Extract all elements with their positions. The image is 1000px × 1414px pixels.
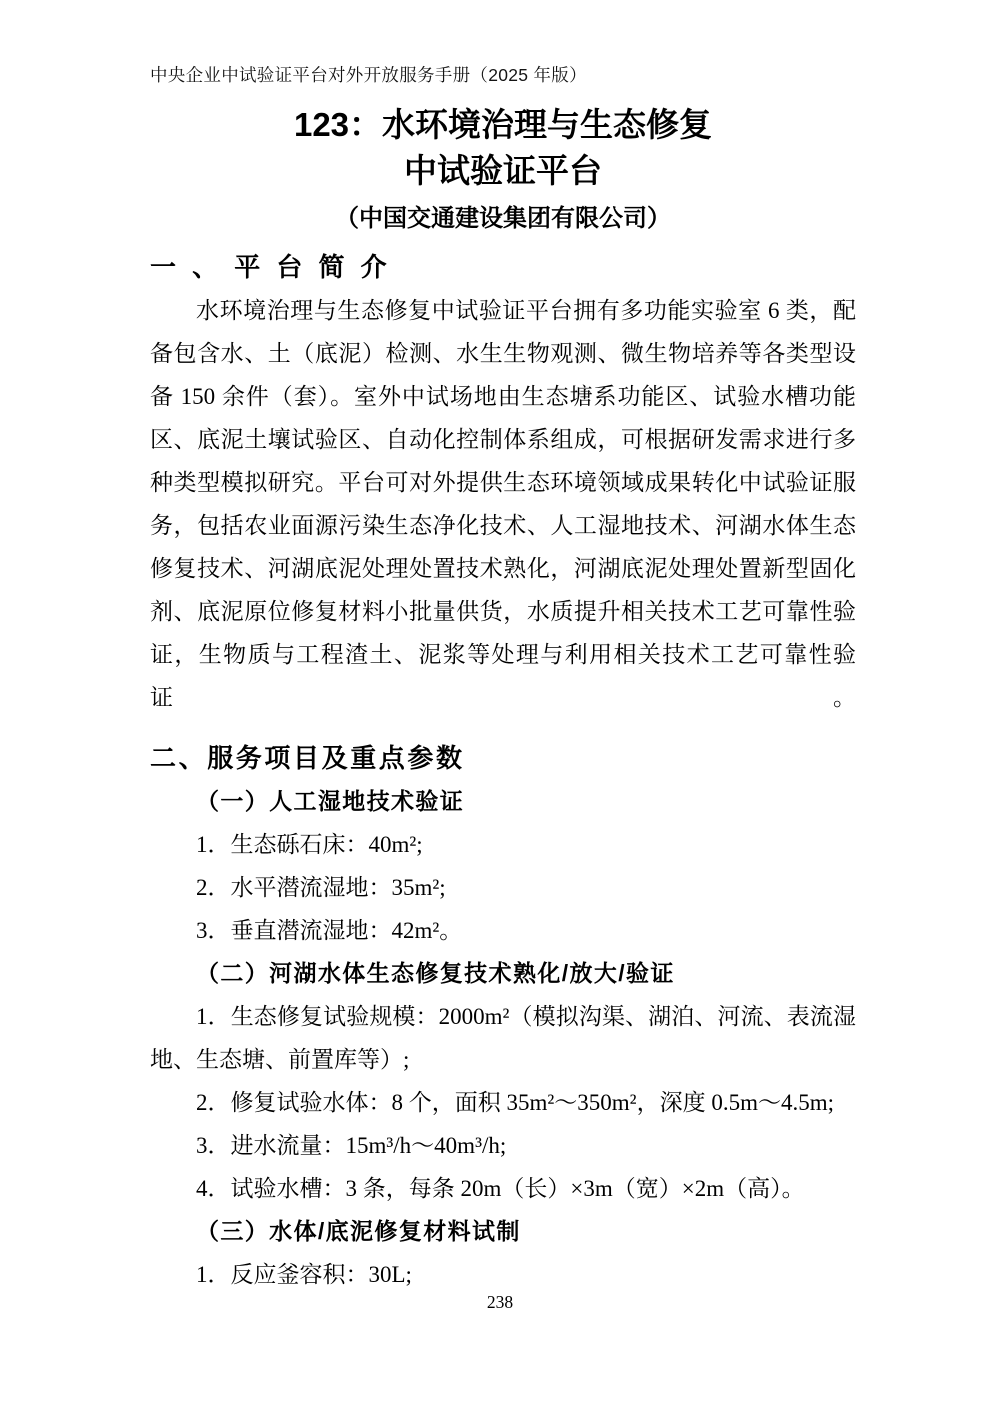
paragraph-line: 备 150 余件（套）。室外中试场地由生态塘系功能区、试验水槽功能 — [150, 375, 856, 418]
list-item: 4．试验水槽：3 条，每条 20m（长）×3m（宽）×2m（高）。 — [150, 1167, 856, 1210]
list-item: 1．反应釜容积：30L; — [150, 1253, 856, 1296]
section2-heading: 二、服务项目及重点参数 — [150, 737, 856, 780]
paragraph-line: 剂、底泥原位修复材料小批量供货，水质提升相关技术工艺可靠性验 — [150, 590, 856, 633]
list-item: 2．修复试验水体：8 个，面积 35m²～350m²，深度 0.5m～4.5m; — [150, 1081, 856, 1124]
document-header: 中央企业中试验证平台对外开放服务手册（2025 年版） — [150, 64, 856, 86]
page-title-line2: 中试验证平台 — [150, 148, 856, 194]
document-body: 一、平台简介 水环境治理与生态修复中试验证平台拥有多功能实验室 6 类，配 备包… — [150, 246, 856, 1296]
page-title: 123：水环境治理与生态修复 中试验证平台 — [150, 102, 856, 194]
list-item: 3．垂直潜流湿地：42m²。 — [150, 909, 856, 952]
subsection-1: （一）人工湿地技术验证 1．生态砾石床：40m²; 2．水平潜流湿地：35m²;… — [150, 780, 856, 952]
paragraph-line: 备包含水、土（底泥）检测、水生生物观测、微生物培养等各类型设 — [150, 332, 856, 375]
paragraph-line: 水环境治理与生态修复中试验证平台拥有多功能实验室 6 类，配 — [150, 289, 856, 332]
list-item: 3．进水流量：15m³/h～40m³/h; — [150, 1124, 856, 1167]
paragraph-line: 证，生物质与工程渣土、泥浆等处理与利用相关技术工艺可靠性验证。 — [150, 633, 856, 719]
paragraph-line: 区、底泥土壤试验区、自动化控制体系组成，可根据研发需求进行多 — [150, 418, 856, 461]
list-item: 2．水平潜流湿地：35m²; — [150, 866, 856, 909]
subsection3-heading: （三）水体/底泥修复材料试制 — [150, 1210, 856, 1253]
company-subtitle: （中国交通建设集团有限公司） — [150, 202, 856, 236]
section1-heading: 一、平台简介 — [150, 246, 856, 289]
subsection-3: （三）水体/底泥修复材料试制 1．反应釜容积：30L; — [150, 1210, 856, 1296]
paragraph-line: 种类型模拟研究。平台可对外提供生态环境领域成果转化中试验证服 — [150, 461, 856, 504]
list-item: 1．生态修复试验规模：2000m²（模拟沟渠、湖泊、河流、表流湿地、生态塘、前置… — [150, 995, 856, 1081]
page-number: 238 — [0, 1292, 1000, 1312]
page-title-line1: 123：水环境治理与生态修复 — [150, 102, 856, 148]
subsection1-heading: （一）人工湿地技术验证 — [150, 780, 856, 823]
section1-paragraph: 水环境治理与生态修复中试验证平台拥有多功能实验室 6 类，配 备包含水、土（底泥… — [150, 289, 856, 719]
paragraph-line: 务，包括农业面源污染生态净化技术、人工湿地技术、河湖水体生态 — [150, 504, 856, 547]
subsection-2: （二）河湖水体生态修复技术熟化/放大/验证 1．生态修复试验规模：2000m²（… — [150, 952, 856, 1210]
list-item: 1．生态砾石床：40m²; — [150, 823, 856, 866]
subsection2-heading: （二）河湖水体生态修复技术熟化/放大/验证 — [150, 952, 856, 995]
document-page: 中央企业中试验证平台对外开放服务手册（2025 年版） 123：水环境治理与生态… — [0, 0, 1000, 1414]
paragraph-line: 修复技术、河湖底泥处理处置技术熟化，河湖底泥处理处置新型固化 — [150, 547, 856, 590]
